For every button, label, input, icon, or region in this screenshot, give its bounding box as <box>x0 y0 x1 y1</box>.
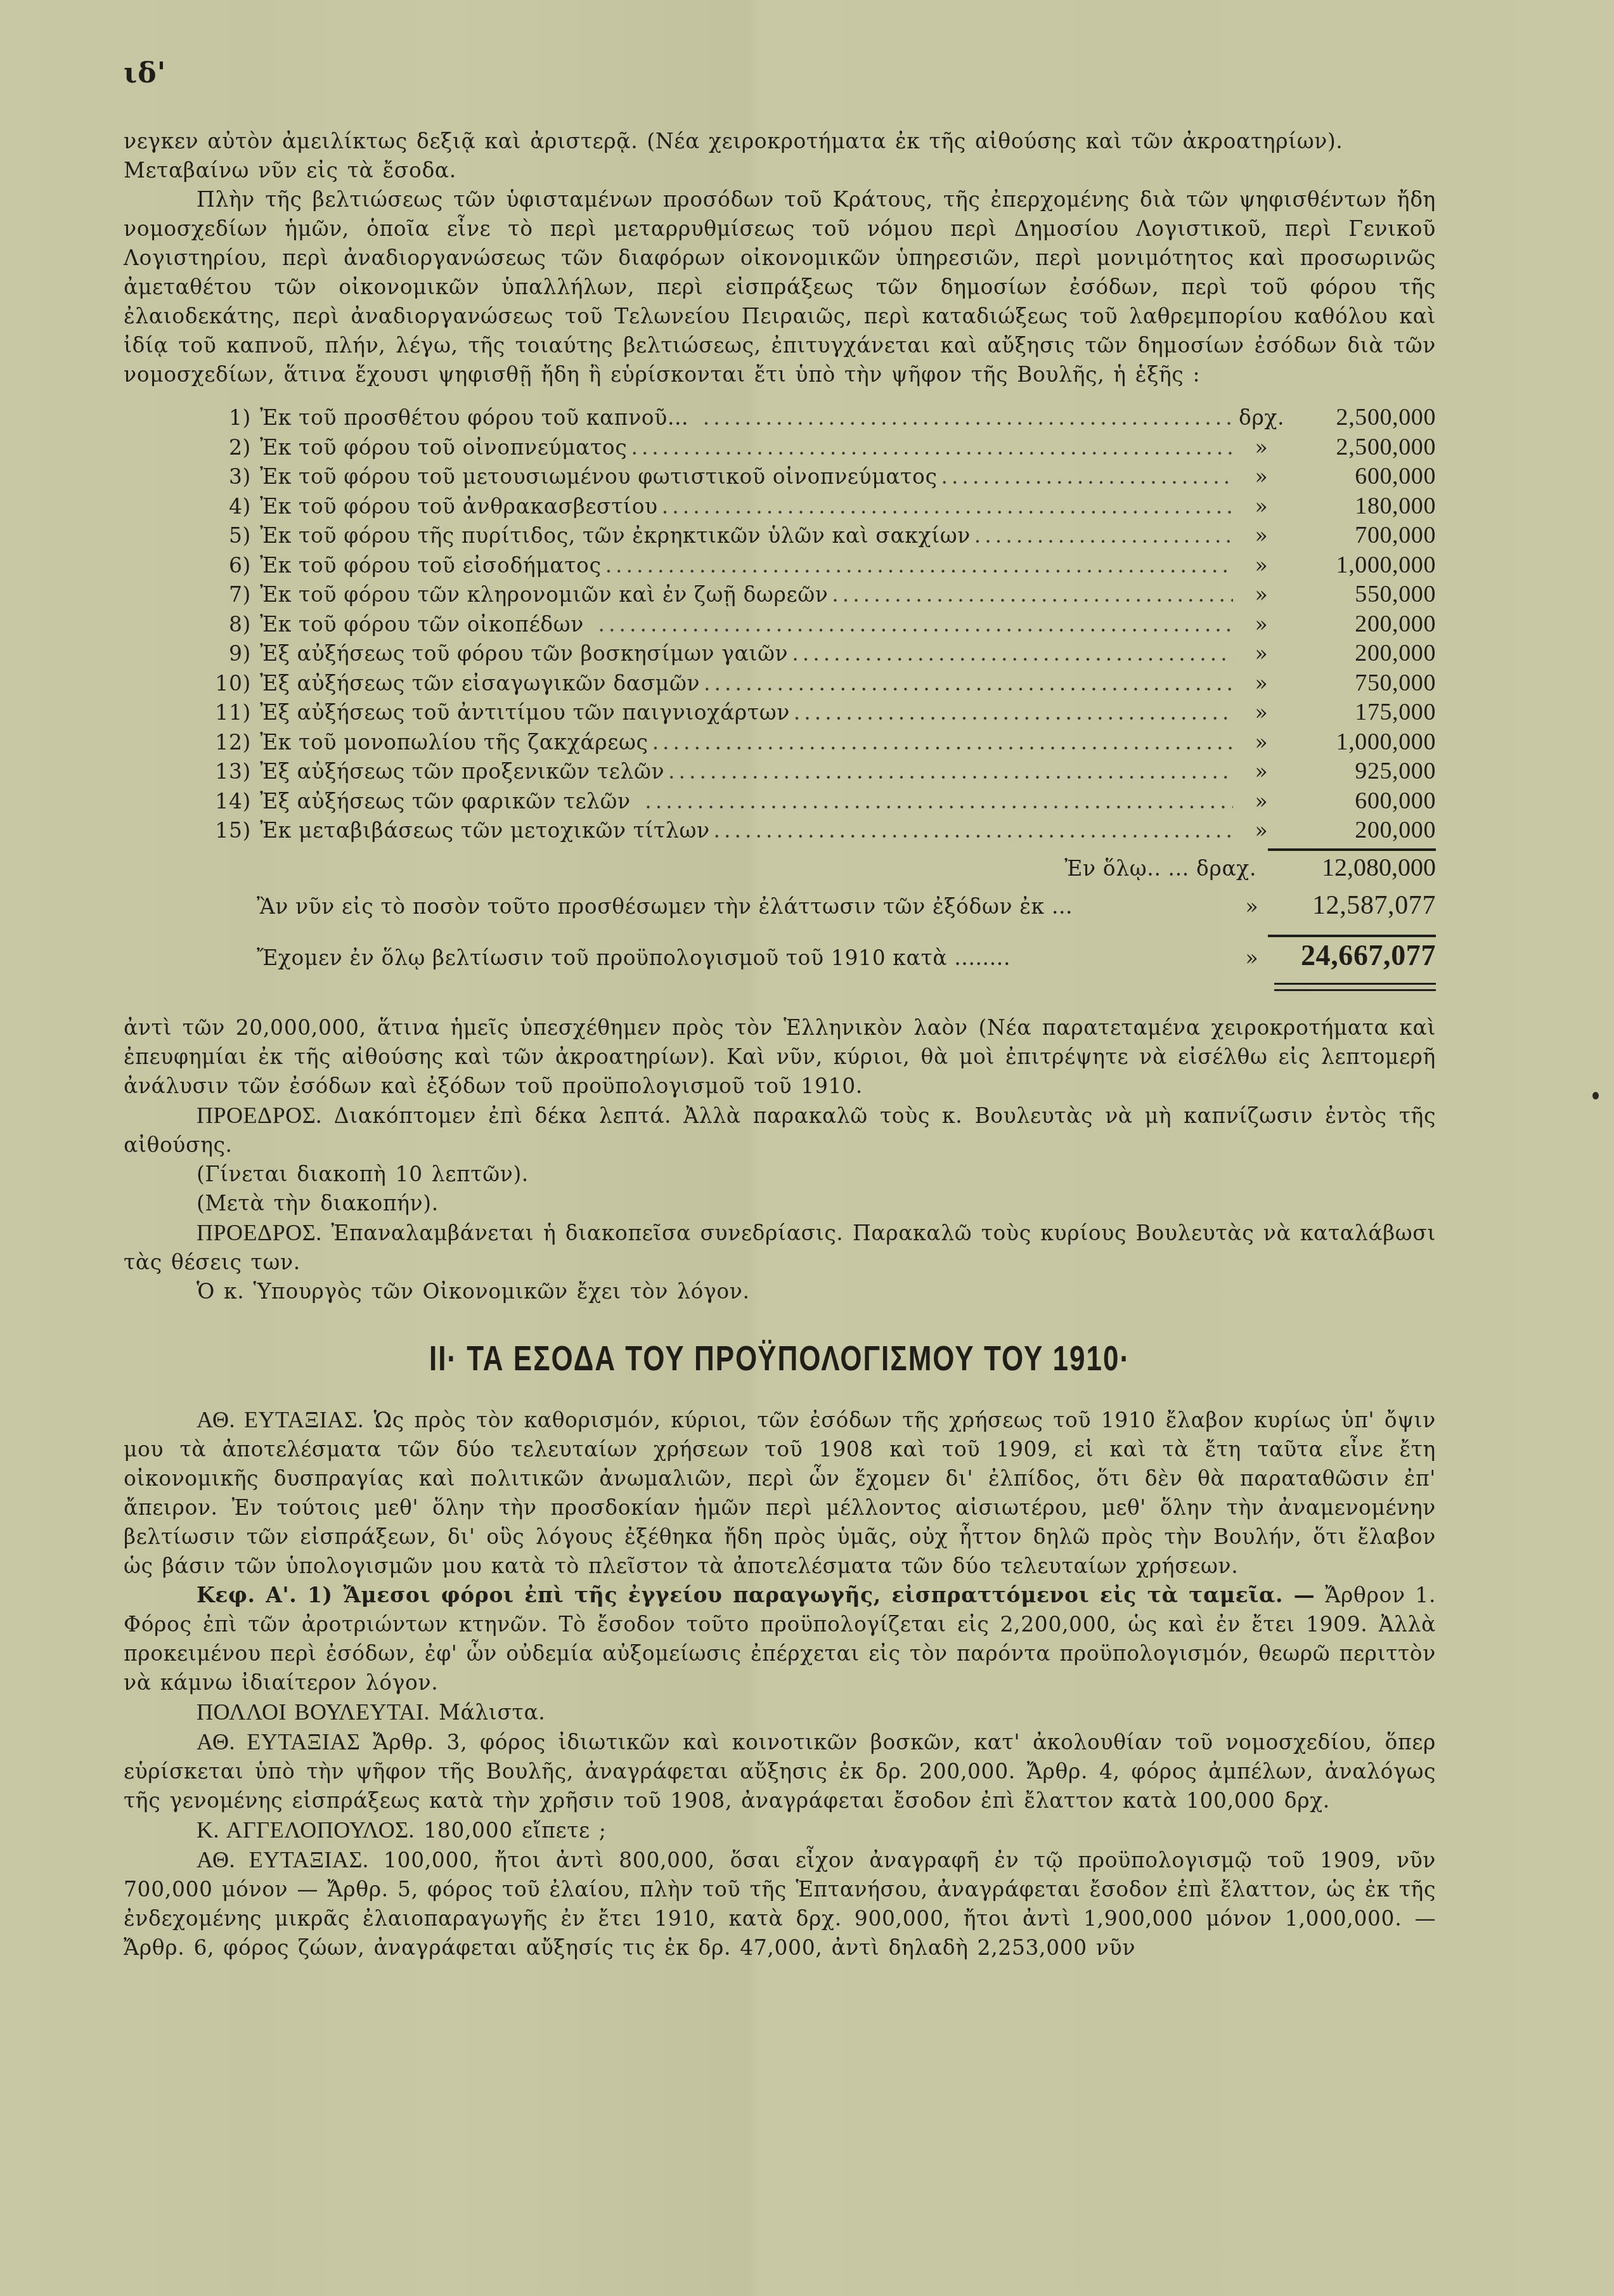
row-amount: 2,500,000 <box>1290 433 1436 461</box>
row-unit: » <box>1233 730 1290 755</box>
row-amount: 1,000,000 <box>1290 728 1436 756</box>
row-description: Ἐκ τοῦ φόρου τοῦ μετουσιωμένου φωτιστικο… <box>260 464 1233 489</box>
row-unit: » <box>1233 641 1290 666</box>
row-unit: » <box>1233 671 1290 696</box>
table-row: 9) Ἐξ αὐξήσεως τοῦ φόρου τῶν βοσκησίμων … <box>124 639 1436 669</box>
revenue-table: 1) Ἐκ τοῦ προσθέτου φόρου τοῦ καπνοῦ... … <box>124 403 1436 994</box>
grand-total-label: Ἔχομεν ἐν ὅλῳ βελτίωσιν τοῦ προϋπολογισμ… <box>124 945 1236 970</box>
row-description: Ἐκ τοῦ φόρου τῶν οἰκοπέδων .............… <box>260 612 1233 637</box>
speaker-name: ΑΘ. ΕΥΤΑΞΙΑΣ <box>197 1729 360 1754</box>
row-unit: » <box>1233 789 1290 814</box>
row-number: 1) <box>124 405 260 430</box>
row-amount: 180,000 <box>1290 492 1436 520</box>
intro-paragraph: Πλὴν τῆς βελτιώσεως τῶν ὑφισταμένων προσ… <box>124 185 1436 389</box>
after-break-note: (Μετὰ τὴν διακοπήν). <box>124 1189 1436 1218</box>
subtotal-rule <box>124 846 1436 852</box>
eutaxias-statement-3: ΑΘ. ΕΥΤΑΞΙΑΣ. 100,000, ἤτοι ἀντὶ 800,000… <box>124 1845 1436 1962</box>
row-unit: » <box>1233 700 1290 725</box>
row-amount: 700,000 <box>1290 521 1436 549</box>
row-amount: 200,000 <box>1290 610 1436 638</box>
row-unit: » <box>1233 612 1290 637</box>
ditto-mark: » <box>1236 945 1268 970</box>
row-amount: 1,000,000 <box>1290 551 1436 579</box>
many-mps-statement: ΠΟΛΛΟΙ ΒΟΥΛΕΥΤΑΙ. Μάλιστα. <box>124 1697 1436 1727</box>
row-amount: 750,000 <box>1290 669 1436 697</box>
row-description: Ἐκ τοῦ φόρου τοῦ εἰσοδήματος............… <box>260 553 1233 578</box>
expense-reduction-label: Ἂν νῦν εἰς τὸ ποσὸν τοῦτο προσθέσωμεν τὴ… <box>124 894 1236 919</box>
row-amount: 600,000 <box>1290 787 1436 815</box>
row-number: 11) <box>124 700 260 725</box>
table-row: 6) Ἐκ τοῦ φόρου τοῦ εἰσοδήματος.........… <box>124 551 1436 581</box>
row-description: Ἐξ αὐξήσεως τῶν φαρικῶν τελῶν ..........… <box>260 789 1233 814</box>
ditto-mark: » <box>1236 894 1268 919</box>
table-row: 12) Ἐκ τοῦ μονοπωλίου τῆς ζακχάρεως.....… <box>124 728 1436 758</box>
row-amount: 200,000 <box>1290 639 1436 667</box>
intro-line-1: νεγκεν αὐτὸν ἀμειλίκτως δεξιᾷ καὶ ἀριστε… <box>124 127 1436 156</box>
row-unit: » <box>1233 523 1290 548</box>
row-number: 2) <box>124 435 260 460</box>
speaker-name: ΠΡΟΕΔΡΟΣ. <box>197 1103 322 1128</box>
row-description: Ἐκ τοῦ φόρου τῶν κληρονομιῶν καὶ ἐν ζωῇ … <box>260 582 1233 607</box>
row-unit: » <box>1233 582 1290 607</box>
body-text: νεγκεν αὐτὸν ἀμειλίκτως δεξιᾷ καὶ ἀριστε… <box>124 127 1436 1962</box>
row-number: 12) <box>124 730 260 755</box>
expense-reduction-row: Ἂν νῦν εἰς τὸ ποσὸν τοῦτο προσθέσωμεν τὴ… <box>124 890 1436 932</box>
row-amount: 2,500,000 <box>1290 403 1436 431</box>
row-description: Ἐκ τοῦ φόρου τοῦ ἀνθρακασβεστίου........… <box>260 494 1233 519</box>
table-row: 15) Ἐκ μεταβιβάσεως τῶν μετοχικῶν τίτλων… <box>124 816 1436 846</box>
row-number: 3) <box>124 464 260 489</box>
row-description: Ἐξ αὐξήσεως τῶν εἰσαγωγικῶν δασμῶν......… <box>260 671 1233 696</box>
table-row: 5) Ἐκ τοῦ φόρου τῆς πυρίτιδος, τῶν ἐκρηκ… <box>124 521 1436 551</box>
table-row: 1) Ἐκ τοῦ προσθέτου φόρου τοῦ καπνοῦ... … <box>124 403 1436 433</box>
row-amount: 600,000 <box>1290 462 1436 490</box>
row-number: 10) <box>124 671 260 696</box>
minister-floor-note: Ὁ κ. Ὑπουργὸς τῶν Οἰκονομικῶν ἔχει τὸν λ… <box>124 1277 1436 1306</box>
speaker-name: ΑΘ. ΕΥΤΑΞΙΑΣ. <box>197 1847 369 1872</box>
row-number: 14) <box>124 789 260 814</box>
row-unit: » <box>1233 759 1290 784</box>
row-unit: » <box>1233 464 1290 489</box>
row-description: Ἐκ τοῦ μονοπωλίου τῆς ζακχάρεως.........… <box>260 730 1233 755</box>
row-number: 8) <box>124 612 260 637</box>
table-row: 4) Ἐκ τοῦ φόρου τοῦ ἀνθρακασβεστίου.....… <box>124 492 1436 522</box>
row-description: Ἐκ τοῦ φόρου τοῦ οἰνοπνεύματος..........… <box>260 435 1233 460</box>
row-number: 13) <box>124 759 260 784</box>
row-description: Ἐκ μεταβιβάσεως τῶν μετοχικῶν τίτλων....… <box>260 818 1233 843</box>
row-number: 9) <box>124 641 260 666</box>
row-description: Ἐξ αὐξήσεως τοῦ ἀντιτίμου τῶν παιγνιοχάρ… <box>260 700 1233 725</box>
president-statement-2: ΠΡΟΕΔΡΟΣ. Ἐπαναλαμβάνεται ἡ διακοπεῖσα σ… <box>124 1218 1436 1277</box>
promise-paragraph: ἀντὶ τῶν 20,000,000, ἅτινα ἡμεῖς ὑπεσχέθ… <box>124 1013 1436 1101</box>
row-number: 6) <box>124 553 260 578</box>
ink-speck <box>1592 1092 1599 1099</box>
table-row: 11) Ἐξ αὐξήσεως τοῦ ἀντιτίμου τῶν παιγνι… <box>124 698 1436 728</box>
row-unit: δρχ. <box>1233 405 1290 430</box>
row-number: 15) <box>124 818 260 843</box>
table-row: 8) Ἐκ τοῦ φόρου τῶν οἰκοπέδων ..........… <box>124 610 1436 640</box>
row-unit: » <box>1233 553 1290 578</box>
break-note: (Γίνεται διακοπὴ 10 λεπτῶν). <box>124 1160 1436 1189</box>
row-unit: » <box>1233 818 1290 843</box>
row-number: 5) <box>124 523 260 548</box>
chapter-paragraph: Κεφ. Α'. 1) Ἄμεσοι φόροι ἐπὶ τῆς ἐγγείου… <box>124 1581 1436 1697</box>
row-amount: 550,000 <box>1290 580 1436 608</box>
row-amount: 925,000 <box>1290 757 1436 785</box>
total-label: Ἐν ὅλῳ.. ... δραχ. <box>1064 856 1268 881</box>
speaker-name: Κ. ΑΓΓΕΛΟΠΟΥΛΟΣ. <box>197 1817 415 1843</box>
row-unit: » <box>1233 494 1290 519</box>
double-underline <box>124 980 1436 994</box>
section-title: II· ΤΑ ΕΣΟΔΑ ΤΟΥ ΠΡΟΫΠΟΛΟΓΙΣΜΟΥ ΤΟΥ 1910… <box>124 1339 1436 1378</box>
chapter-heading: Κεφ. Α'. 1) Ἄμεσοι φόροι ἐπὶ τῆς ἐγγείου… <box>197 1583 1315 1607</box>
total-row: Ἐν ὅλῳ.. ... δραχ. 12,080,000 <box>124 852 1436 890</box>
table-row: 3) Ἐκ τοῦ φόρου τοῦ μετουσιωμένου φωτιστ… <box>124 462 1436 492</box>
row-number: 7) <box>124 582 260 607</box>
row-description: Ἐκ τοῦ προσθέτου φόρου τοῦ καπνοῦ... ...… <box>260 405 1233 430</box>
row-description: Ἐξ αὐξήσεως τοῦ φόρου τῶν βοσκησίμων γαι… <box>260 641 1233 666</box>
grand-total-rule <box>124 932 1436 938</box>
after-table-section: ἀντὶ τῶν 20,000,000, ἅτινα ἡμεῖς ὑπεσχέθ… <box>124 1013 1436 1306</box>
total-amount: 12,080,000 <box>1268 852 1436 882</box>
row-unit: » <box>1233 435 1290 460</box>
page-number: ιδ' <box>124 57 166 89</box>
speaker-name: ΑΘ. ΕΥΤΑΞΙΑΣ. <box>197 1407 364 1432</box>
table-row: 2) Ἐκ τοῦ φόρου τοῦ οἰνοπνεύματος.......… <box>124 433 1436 463</box>
grand-total-amount: 24,667,077 <box>1268 938 1436 972</box>
row-amount: 175,000 <box>1290 698 1436 726</box>
table-row: 10) Ἐξ αὐξήσεως τῶν εἰσαγωγικῶν δασμῶν..… <box>124 669 1436 699</box>
intro-line-2: Μεταβαίνω νῦν εἰς τὰ ἔσοδα. <box>124 156 1436 185</box>
speaker-name: ΠΡΟΕΔΡΟΣ. <box>197 1220 322 1245</box>
table-row: 14) Ἐξ αὐξήσεως τῶν φαρικῶν τελῶν ......… <box>124 787 1436 817</box>
row-description: Ἐξ αὐξήσεως τῶν προξενικῶν τελῶν........… <box>260 759 1233 784</box>
angelopoulos-statement: Κ. ΑΓΓΕΛΟΠΟΥΛΟΣ. 180,000 εἴπετε ; <box>124 1815 1436 1845</box>
eutaxias-statement-1: ΑΘ. ΕΥΤΑΞΙΑΣ. Ὡς πρὸς τὸν καθορισμόν, κύ… <box>124 1405 1436 1581</box>
row-number: 4) <box>124 494 260 519</box>
speaker-name: ΠΟΛΛΟΙ ΒΟΥΛΕΥΤΑΙ. <box>197 1699 430 1725</box>
row-amount: 200,000 <box>1290 816 1436 844</box>
table-row: 7) Ἐκ τοῦ φόρου τῶν κληρονομιῶν καὶ ἐν ζ… <box>124 580 1436 610</box>
row-description: Ἐκ τοῦ φόρου τῆς πυρίτιδος, τῶν ἐκρηκτικ… <box>260 523 1233 548</box>
president-statement-1: ΠΡΟΕΔΡΟΣ. Διακόπτομεν ἐπὶ δέκα λεπτά. Ἀλ… <box>124 1101 1436 1160</box>
expense-reduction-amount: 12,587,077 <box>1268 890 1436 921</box>
table-row: 13) Ἐξ αὐξήσεως τῶν προξενικῶν τελῶν....… <box>124 757 1436 787</box>
grand-total-row: Ἔχομεν ἐν ὅλῳ βελτίωσιν τοῦ προϋπολογισμ… <box>124 938 1436 980</box>
eutaxias-statement-2: ΑΘ. ΕΥΤΑΞΙΑΣ Ἄρθρ. 3, φόρος ἰδιωτικῶν κα… <box>124 1727 1436 1815</box>
